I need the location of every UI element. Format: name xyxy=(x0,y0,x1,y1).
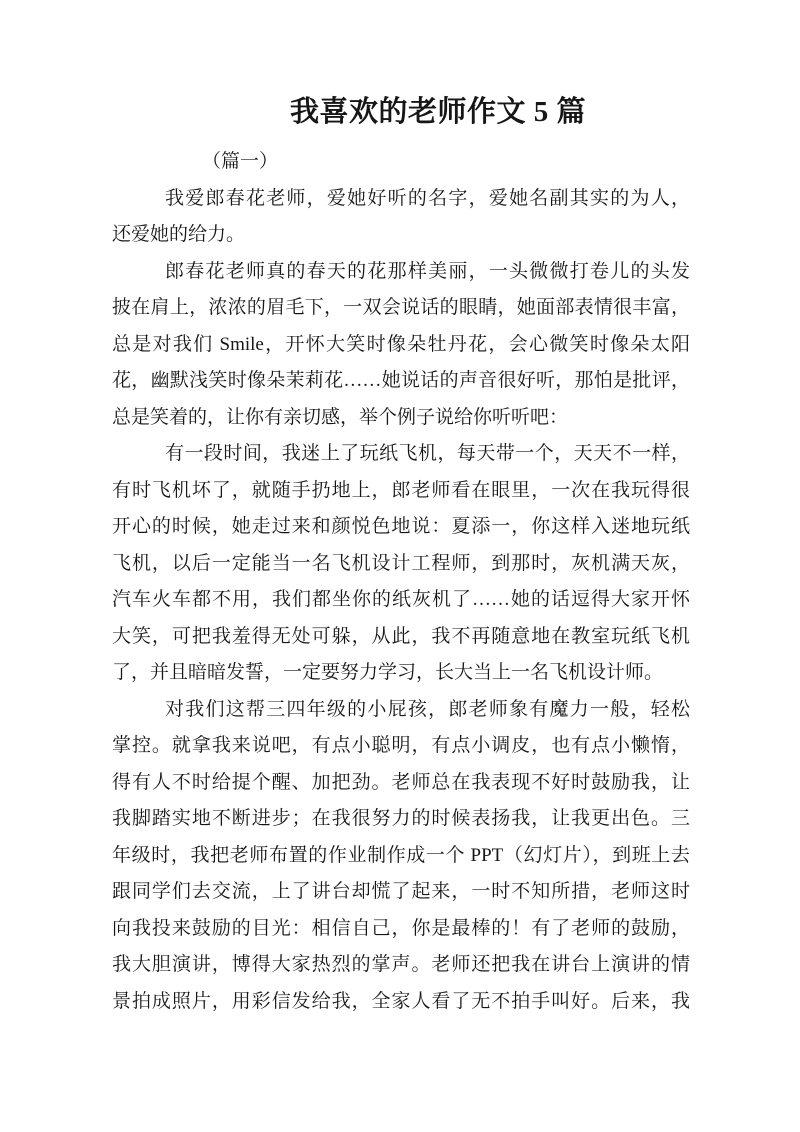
text-line: 开心的时候，她走过来和颜悦色地说：夏添一，你这样入迷地玩纸 xyxy=(112,509,690,546)
document-title: 我喜欢的老师作文 5 篇 xyxy=(290,93,800,131)
document-body: （篇一）我爱郎春花老师，爱她好听的名字，爱她名副其实的为人，还爱她的给力。郎春花… xyxy=(112,144,690,1020)
text-line: （篇一） xyxy=(112,144,690,181)
paragraph: 对我们这帮三四年级的小屁孩，郎老师象有魔力一般，轻松掌控。就拿我来说吧，有点小聪… xyxy=(112,692,690,1021)
paragraph: 有一段时间，我迷上了玩纸飞机，每天带一个，天天不一样，有时飞机坏了，就随手扔地上… xyxy=(112,436,690,692)
paragraph: 我爱郎春花老师，爱她好听的名字，爱她名副其实的为人，还爱她的给力。 xyxy=(112,181,690,254)
text-line: 有一段时间，我迷上了玩纸飞机，每天带一个，天天不一样， xyxy=(112,436,690,473)
text-line: 还爱她的给力。 xyxy=(112,217,690,254)
text-line: 有时飞机坏了，就随手扔地上，郎老师看在眼里，一次在我玩得很 xyxy=(112,473,690,510)
paragraph: （篇一） xyxy=(112,144,690,181)
text-line: 我大胆演讲，博得大家热烈的掌声。老师还把我在讲台上演讲的情 xyxy=(112,947,690,984)
text-line: 对我们这帮三四年级的小屁孩，郎老师象有魔力一般，轻松 xyxy=(112,692,690,729)
text-line: 大笑，可把我羞得无处可躲，从此，我不再随意地在教室玩纸飞机 xyxy=(112,619,690,656)
text-line: 郎春花老师真的春天的花那样美丽，一头微微打卷儿的头发 xyxy=(112,254,690,291)
text-line: 我爱郎春花老师，爱她好听的名字，爱她名副其实的为人， xyxy=(112,181,690,218)
text-line: 向我投来鼓励的目光：相信自己，你是最棒的！有了老师的鼓励， xyxy=(112,911,690,948)
paragraph: 郎春花老师真的春天的花那样美丽，一头微微打卷儿的头发披在肩上，浓浓的眉毛下，一双… xyxy=(112,254,690,437)
text-line: 跟同学们去交流，上了讲台却慌了起来，一时不知所措，老师这时 xyxy=(112,874,690,911)
text-line: 披在肩上，浓浓的眉毛下，一双会说话的眼睛，她面部表情很丰富， xyxy=(112,290,690,327)
text-line: 飞机，以后一定能当一名飞机设计工程师，到那时，灰机满天灰， xyxy=(112,546,690,583)
text-line: 得有人不时给提个醒、加把劲。老师总在我表现不好时鼓励我，让 xyxy=(112,765,690,802)
text-line: 景拍成照片，用彩信发给我，全家人看了无不拍手叫好。后来，我 xyxy=(112,984,690,1021)
text-line: 我脚踏实地不断进步；在我很努力的时候表扬我，让我更出色。三 xyxy=(112,801,690,838)
text-line: 花，幽默浅笑时像朵茉莉花……她说话的声音很好听，那怕是批评， xyxy=(112,363,690,400)
text-line: 掌控。就拿我来说吧，有点小聪明，有点小调皮，也有点小懒惰， xyxy=(112,728,690,765)
document-page: 我喜欢的老师作文 5 篇 （篇一）我爱郎春花老师，爱她好听的名字，爱她名副其实的… xyxy=(0,0,800,1132)
text-line: 总是笑着的，让你有亲切感，举个例子说给你听听吧： xyxy=(112,400,690,437)
text-line: 汽车火车都不用，我们都坐你的纸灰机了……她的话逗得大家开怀 xyxy=(112,582,690,619)
text-line: 了，并且暗暗发誓，一定要努力学习，长大当上一名飞机设计师。 xyxy=(112,655,690,692)
text-line: 年级时，我把老师布置的作业制作成一个 PPT（幻灯片），到班上去 xyxy=(112,838,690,875)
text-line: 总是对我们 Smile，开怀大笑时像朵牡丹花，会心微笑时像朵太阳 xyxy=(112,327,690,364)
